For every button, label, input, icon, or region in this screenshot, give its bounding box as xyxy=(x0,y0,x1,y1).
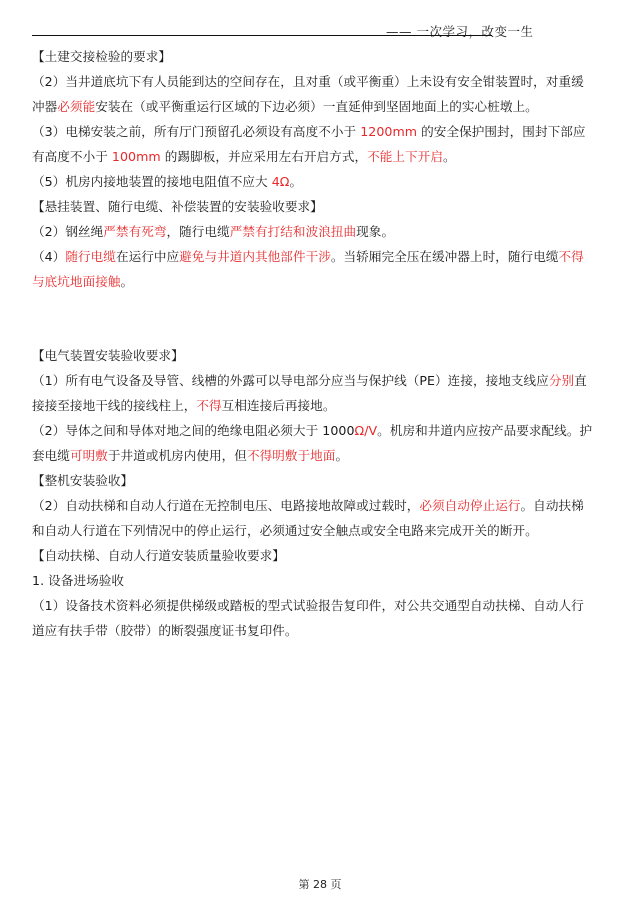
section-gap xyxy=(32,294,492,343)
body-text: （4） xyxy=(32,249,65,264)
page-number: 第 28 页 xyxy=(0,876,640,892)
body-text: （1）设备技术资料必须提供梯级或踏板的型式试验报告复印件，对公共交通型自动扶梯、… xyxy=(32,598,584,613)
highlighted-text: 不能上下开启 xyxy=(367,149,443,164)
section-elevator-civil-and-suspension: 【土建交接检验的要求】（2）当井道底坑下有人员能到达的空间存在，且对重（或平衡重… xyxy=(32,44,492,294)
highlighted-text: 不得 xyxy=(196,398,221,413)
body-text: 。 xyxy=(289,174,302,189)
section-heading: 【电气装置安装验收要求】 xyxy=(32,343,492,368)
body-text: （2）导体之间和导体对地之间的绝缘电阻必须大于 1000 xyxy=(32,423,355,438)
text-line: （5）机房内接地装置的接地电阻值不应大 4Ω。 xyxy=(32,169,492,194)
highlighted-text: 随行电缆 xyxy=(65,249,116,264)
body-text: 的安全保护围封，围封下部应 xyxy=(417,124,585,139)
body-text: 【自动扶梯、自动人行道安装质量验收要求】 xyxy=(32,548,285,563)
text-line: （2）导体之间和导体对地之间的绝缘电阻必须大于 1000Ω/V。机房和井道内应按… xyxy=(32,418,492,443)
body-text: 安装在（或平衡重运行区域的下边必须）一直延伸到坚固地面上的实心桩墩上。 xyxy=(95,99,538,114)
text-line: （1）所有电气设备及导管、线槽的外露可以导电部分应当与保护线（PE）连接，接地支… xyxy=(32,368,492,393)
text-line: 套电缆可明敷于井道或机房内使用，但不得明敷于地面。 xyxy=(32,443,492,468)
body-text: 道应有扶手带（胶带）的断裂强度证书复印件。 xyxy=(32,623,298,638)
body-text: ，随行电缆 xyxy=(167,224,230,239)
highlighted-text: 不得明敷于地面 xyxy=(247,448,336,463)
text-line: 1. 设备进场验收 xyxy=(32,568,492,593)
highlighted-text: 严禁有死弯 xyxy=(103,224,166,239)
section-heading: 【悬挂装置、随行电缆、补偿装置的安装验收要求】 xyxy=(32,194,492,219)
body-text: 接接至接地干线的接线柱上， xyxy=(32,398,196,413)
body-text: 。 xyxy=(121,274,134,289)
body-text: 。机房和井道内应按产品要求配线。护 xyxy=(377,423,592,438)
body-text: 1. 设备进场验收 xyxy=(32,573,124,588)
text-line: （2）钢丝绳严禁有死弯，随行电缆严禁有打结和波浪扭曲现象。 xyxy=(32,219,492,244)
text-line: （3）电梯安装之前，所有厅门预留孔必须设有高度不小于 1200mm 的安全保护围… xyxy=(32,119,492,144)
body-text: 。自动扶梯 xyxy=(521,498,584,513)
text-line: 冲器必须能安装在（或平衡重运行区域的下边必须）一直延伸到坚固地面上的实心桩墩上。 xyxy=(32,94,492,119)
body-text: 。 xyxy=(335,448,348,463)
body-text: 和自动人行道在下列情况中的停止运行，必须通过安全触点或安全电路来完成开关的断开。 xyxy=(32,523,538,538)
text-line: （4）随行电缆在运行中应避免与井道内其他部件干涉。当轿厢完全压在缓冲器上时，随行… xyxy=(32,244,492,269)
body-text: 有高度不小于 xyxy=(32,149,112,164)
body-text: 的踢脚板，并应采用左右开启方式， xyxy=(161,149,367,164)
header-divider xyxy=(32,35,492,36)
body-text: 在运行中应 xyxy=(116,249,179,264)
body-text: （2）钢丝绳 xyxy=(32,224,103,239)
section-heading: 【整机安装验收】 xyxy=(32,468,492,493)
text-line: （1）设备技术资料必须提供梯级或踏板的型式试验报告复印件，对公共交通型自动扶梯、… xyxy=(32,593,492,618)
body-text: （3）电梯安装之前，所有厅门预留孔必须设有高度不小于 xyxy=(32,124,360,139)
body-text: 直 xyxy=(574,373,587,388)
highlighted-text: 可明敷 xyxy=(70,448,108,463)
highlighted-text: 4Ω xyxy=(272,174,290,189)
highlighted-text: 不得 xyxy=(558,249,583,264)
highlighted-text: Ω/V xyxy=(355,423,378,438)
body-text: 。当轿厢完全压在缓冲器上时，随行电缆 xyxy=(331,249,559,264)
highlighted-text: 严禁有打结和波浪扭曲 xyxy=(230,224,356,239)
section-heading: 【自动扶梯、自动人行道安装质量验收要求】 xyxy=(32,543,492,568)
body-text: 于井道或机房内使用，但 xyxy=(108,448,247,463)
body-text: （1）所有电气设备及导管、线槽的外露可以导电部分应当与保护线（PE）连接，接地支… xyxy=(32,373,549,388)
highlighted-text: 必须能 xyxy=(57,99,95,114)
body-text: 现象。 xyxy=(356,224,394,239)
section-electrical-and-escalator: 【电气装置安装验收要求】（1）所有电气设备及导管、线槽的外露可以导电部分应当与保… xyxy=(32,343,492,643)
highlighted-text: 100mm xyxy=(112,149,161,164)
body-text: （2）自动扶梯和自动人行道在无控制电压、电路接地故障或过载时， xyxy=(32,498,419,513)
body-text: 套电缆 xyxy=(32,448,70,463)
header-slogan: —— 一次学习，改变一生 xyxy=(386,22,533,40)
highlighted-text: 与底坑地面接触 xyxy=(32,274,121,289)
body-text: （2）当井道底坑下有人员能到达的空间存在，且对重（或平衡重）上未设有安全钳装置时… xyxy=(32,74,584,89)
body-text: 【整机安装验收】 xyxy=(32,473,133,488)
body-text: （5）机房内接地装置的接地电阻值不应大 xyxy=(32,174,272,189)
body-text: 互相连接后再接地。 xyxy=(222,398,336,413)
text-line: 道应有扶手带（胶带）的断裂强度证书复印件。 xyxy=(32,618,492,643)
document-body: 【土建交接检验的要求】（2）当井道底坑下有人员能到达的空间存在，且对重（或平衡重… xyxy=(32,44,492,643)
body-text: 冲器 xyxy=(32,99,57,114)
text-line: 有高度不小于 100mm 的踢脚板，并应采用左右开启方式，不能上下开启。 xyxy=(32,144,492,169)
text-line: 与底坑地面接触。 xyxy=(32,269,492,294)
body-text: 。 xyxy=(443,149,456,164)
highlighted-text: 必须自动停止运行 xyxy=(419,498,520,513)
highlighted-text: 1200mm xyxy=(360,124,417,139)
text-line: 接接至接地干线的接线柱上，不得互相连接后再接地。 xyxy=(32,393,492,418)
body-text: 【悬挂装置、随行电缆、补偿装置的安装验收要求】 xyxy=(32,199,323,214)
body-text: 【电气装置安装验收要求】 xyxy=(32,348,184,363)
text-line: （2）自动扶梯和自动人行道在无控制电压、电路接地故障或过载时，必须自动停止运行。… xyxy=(32,493,492,518)
section-heading: 【土建交接检验的要求】 xyxy=(32,44,492,69)
body-text: 【土建交接检验的要求】 xyxy=(32,49,171,64)
highlighted-text: 分别 xyxy=(549,373,574,388)
highlighted-text: 避免与井道内其他部件干涉 xyxy=(179,249,331,264)
text-line: （2）当井道底坑下有人员能到达的空间存在，且对重（或平衡重）上未设有安全钳装置时… xyxy=(32,69,492,94)
text-line: 和自动人行道在下列情况中的停止运行，必须通过安全触点或安全电路来完成开关的断开。 xyxy=(32,518,492,543)
